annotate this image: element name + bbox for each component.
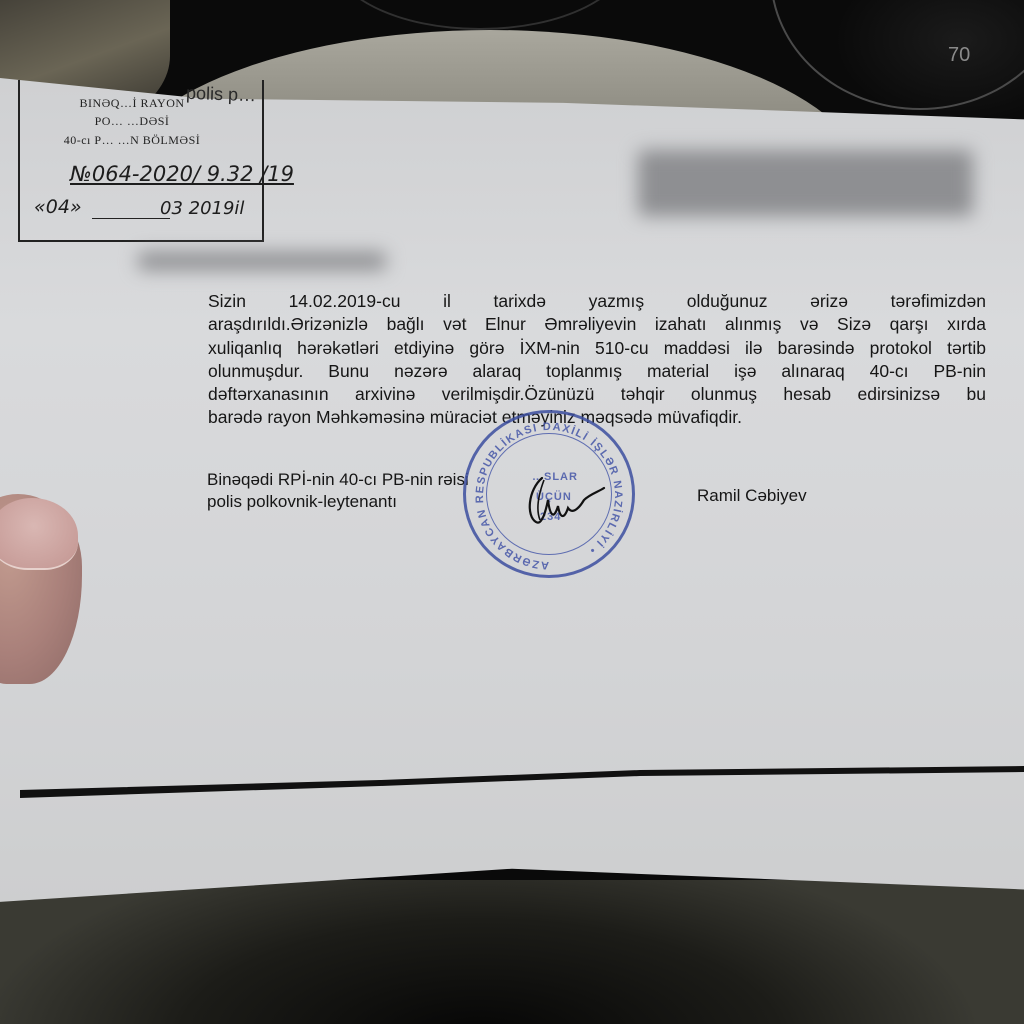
stamp-line-1: BINƏQ…İ RAYON bbox=[0, 96, 264, 111]
signatory-name: Ramil Cəbiyev bbox=[697, 486, 807, 506]
signatory-rank: polis polkovnik-leytenantı bbox=[207, 492, 397, 512]
stamp-line-2: PO… …DƏSİ bbox=[0, 114, 264, 129]
signatory-title: Binəqədi RPİ-nin 40-cı PB-nin rəisi bbox=[207, 470, 469, 490]
horizontal-rule bbox=[20, 760, 1024, 800]
registration-number: №064-2020/ 9.32 /19 bbox=[70, 162, 294, 186]
body-line: dəftərxanasının arxivinə verilmişdir.Özü… bbox=[208, 383, 986, 406]
body-line: xuliqanlıq hərəkətləri etdiyinə görə İXM… bbox=[208, 337, 986, 360]
body-line: Sizin 14.02.2019-cu il tarixdə yazmış ol… bbox=[208, 290, 986, 313]
body-line: araşdırıldı.Ərizənizlə bağlı vət Elnur Ə… bbox=[208, 313, 986, 336]
redacted-addressee bbox=[138, 252, 386, 270]
redacted-recipient bbox=[638, 150, 973, 216]
letter-body: Sizin 14.02.2019-cu il tarixdə yazmış ol… bbox=[208, 290, 986, 430]
gauge-number: 70 bbox=[948, 44, 970, 67]
stamp-date-day: «04» bbox=[34, 196, 82, 218]
body-line: olunmuşdur. Bunu nəzərə alaraq toplanmış… bbox=[208, 360, 986, 383]
stamp-line-3: 40-cı P… …N BÖLMƏSİ bbox=[0, 133, 264, 148]
stamp-date-rest: 03 2019il bbox=[160, 198, 244, 219]
steering-wheel-area bbox=[0, 880, 1024, 1024]
date-underline bbox=[92, 218, 170, 219]
handwritten-signature bbox=[520, 470, 610, 530]
